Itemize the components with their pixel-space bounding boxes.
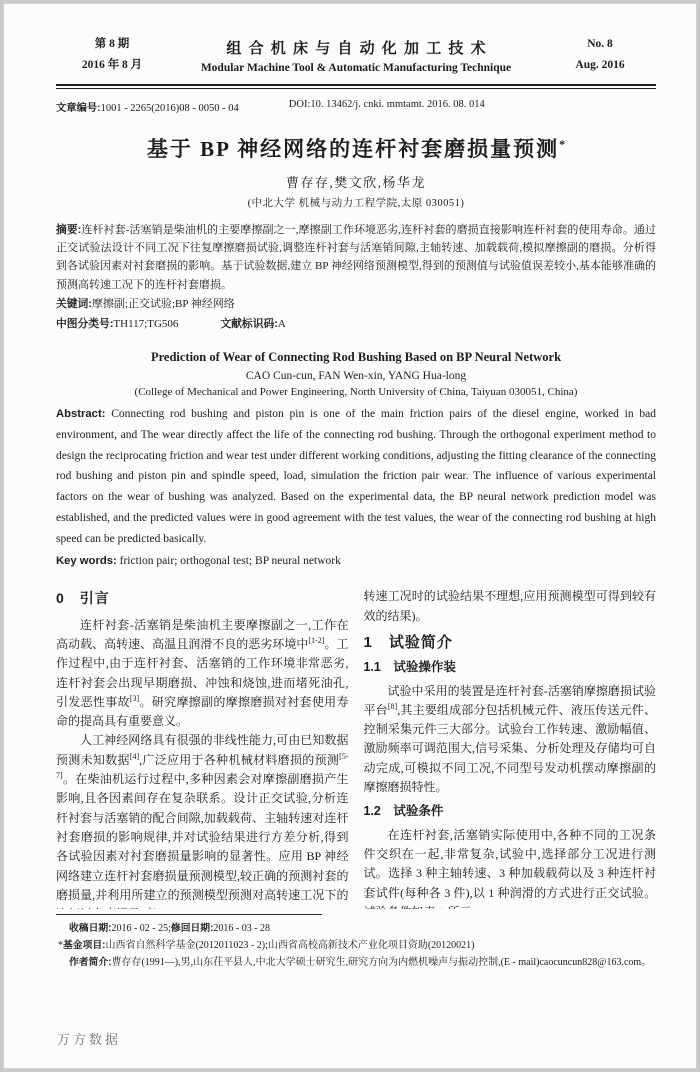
- section-1-2-paragraph: 在连杆衬套,活塞销实际使用中,各种不同的工况条件交织在一起,非常复杂,试验中,选…: [364, 826, 657, 910]
- fund-value: 山西省自然科学基金(2012011023 - 2);山西省高校高新技术产业化项目…: [105, 940, 474, 951]
- clc-number: 中图分类号:TH117;TG506: [56, 315, 178, 333]
- classification-line: 中图分类号:TH117;TG506 文献标识码:A: [56, 315, 656, 333]
- section-heading-1-2: 1.2 试验条件: [364, 802, 657, 821]
- journal-page: 第 8 期 2016 年 8 月 组合机床与自动化加工技术 Modular Ma…: [3, 3, 697, 1069]
- article-number-label: 文章编号:: [56, 103, 101, 114]
- author-bio-value: 曹存存(1991—),男,山东茌平县人,中北大学硕士研究生,研究方向为内燃机噪声…: [111, 957, 651, 968]
- document-code-label: 文献标识码:: [220, 318, 277, 330]
- english-block: Prediction of Wear of Connecting Rod Bus…: [56, 350, 656, 571]
- wanfang-watermark: 万方数据: [57, 1029, 121, 1048]
- keywords-en-label: Key words:: [56, 555, 117, 567]
- continuation-paragraph: 转速工况时的试验结果不理想,应用预测模型可得到较有效的结果)。: [364, 587, 657, 626]
- keywords-cn-text: 摩擦副;正交试验;BP 神经网络: [92, 298, 235, 310]
- issue-number-en: No. 8: [544, 34, 656, 55]
- journal-header: 第 8 期 2016 年 8 月 组合机床与自动化加工技术 Modular Ma…: [56, 34, 656, 77]
- title-footnote-mark: *: [559, 137, 565, 151]
- footnote-dates: 收稿日期:2016 - 02 - 25;修回日期:2016 - 03 - 28: [56, 921, 656, 938]
- abstract-cn-label: 摘要:: [56, 224, 81, 236]
- issue-date-cn: 2016 年 8 月: [56, 55, 168, 76]
- journal-title-en: Modular Machine Tool & Automatic Manufac…: [168, 62, 544, 74]
- abstract-cn-text: 连杆衬套-活塞销是柴油机的主要摩擦副之一,摩擦副工作环境恶劣,连杆衬套的磨损直接…: [56, 224, 656, 291]
- header-divider-rule: [56, 84, 656, 89]
- fund-label: 基金项目:: [63, 940, 105, 951]
- abstract-en: Abstract: Connecting rod bushing and pis…: [56, 404, 656, 550]
- authors-en: CAO Cun-cun, FAN Wen-xin, YANG Hua-long: [56, 370, 656, 382]
- document-code-value: A: [278, 318, 286, 330]
- abstract-cn: 摘要:连杆衬套-活塞销是柴油机的主要摩擦副之一,摩擦副工作环境恶劣,连杆衬套的磨…: [56, 221, 656, 295]
- abstract-en-label: Abstract:: [56, 408, 105, 420]
- left-column: 0 引言 连杆衬套-活塞销是柴油机主要摩擦副之一,工作在高动载、高转速、高温且润…: [56, 587, 349, 909]
- received-date-label: 收稿日期:: [69, 923, 111, 934]
- article-meta-row: 文章编号:1001 - 2265(2016)08 - 0050 - 04 DOI…: [56, 99, 656, 114]
- paper-title-cn: 基于 BP 神经网络的连杆衬套磨损量预测*: [56, 133, 656, 163]
- clc-value: TH117;TG506: [113, 318, 178, 330]
- paper-title-text: 基于 BP 神经网络的连杆衬套磨损量预测: [147, 137, 559, 161]
- authors-cn: 曹存存,樊文欣,杨华龙: [56, 172, 656, 191]
- issue-info-cn: 第 8 期 2016 年 8 月: [56, 34, 168, 77]
- revised-date-value: 2016 - 03 - 28: [213, 923, 270, 934]
- section-heading-1: 1 试验简介: [364, 633, 657, 652]
- affiliation-cn: (中北大学 机械与动力工程学院,太原 030051): [56, 195, 656, 210]
- clc-label: 中图分类号:: [56, 318, 113, 330]
- issue-date-en: Aug. 2016: [544, 55, 656, 76]
- footnote-fund: *基金项目:山西省自然科学基金(2012011023 - 2);山西省高校高新技…: [56, 938, 656, 955]
- journal-title-block: 组合机床与自动化加工技术 Modular Machine Tool & Auto…: [168, 37, 544, 74]
- section-1-1-paragraph: 试验中采用的装置是连杆衬套-活塞销摩擦磨损试验平台[8],其主要组成部分包括机械…: [364, 682, 657, 798]
- keywords-en: Key words: friction pair; orthogonal tes…: [56, 551, 656, 572]
- issue-number-cn: 第 8 期: [56, 34, 168, 55]
- section-heading-intro: 0 引言: [56, 589, 349, 608]
- abstract-en-text: Connecting rod bushing and piston pin is…: [56, 408, 656, 545]
- footnote-block: 收稿日期:2016 - 02 - 25;修回日期:2016 - 03 - 28 …: [56, 914, 656, 971]
- two-column-body: 0 引言 连杆衬套-活塞销是柴油机主要摩擦副之一,工作在高动载、高转速、高温且润…: [56, 587, 656, 909]
- received-date-value: 2016 - 02 - 25;: [111, 923, 170, 934]
- keywords-cn: 关键词:摩擦副;正交试验;BP 神经网络: [56, 295, 656, 313]
- keywords-en-text: friction pair; orthogonal test; BP neura…: [120, 555, 341, 567]
- affiliation-en: (College of Mechanical and Power Enginee…: [56, 386, 656, 398]
- keywords-cn-label: 关键词:: [56, 298, 92, 310]
- footnote-rule: [56, 914, 322, 915]
- issue-info-en: No. 8 Aug. 2016: [544, 34, 656, 77]
- article-number-value: 1001 - 2265(2016)08 - 0050 - 04: [101, 103, 239, 114]
- intro-paragraph-1: 连杆衬套-活塞销是柴油机主要摩擦副之一,工作在高动载、高转速、高温且润滑不良的恶…: [56, 616, 349, 732]
- doi: DOI:10. 13462/j. cnki. mmtamt. 2016. 08.…: [289, 99, 485, 114]
- intro-paragraph-2: 人工神经网络具有很强的非线性能力,可由已知数据预测未知数据[4],广泛应用于各种…: [56, 731, 349, 909]
- revised-date-label: 修回日期:: [171, 923, 213, 934]
- author-bio-label: 作者简介:: [69, 957, 111, 968]
- article-number: 文章编号:1001 - 2265(2016)08 - 0050 - 04: [56, 99, 239, 114]
- document-code: 文献标识码:A: [220, 315, 285, 333]
- paper-title-en: Prediction of Wear of Connecting Rod Bus…: [56, 350, 656, 365]
- journal-title-cn: 组合机床与自动化加工技术: [168, 37, 544, 58]
- right-column: 转速工况时的试验结果不理想,应用预测模型可得到较有效的结果)。 1 试验简介 1…: [364, 587, 657, 909]
- section-heading-1-1: 1.1 试验操作装: [364, 658, 657, 677]
- footnote-bio: 作者简介:曹存存(1991—),男,山东茌平县人,中北大学硕士研究生,研究方向为…: [56, 955, 656, 972]
